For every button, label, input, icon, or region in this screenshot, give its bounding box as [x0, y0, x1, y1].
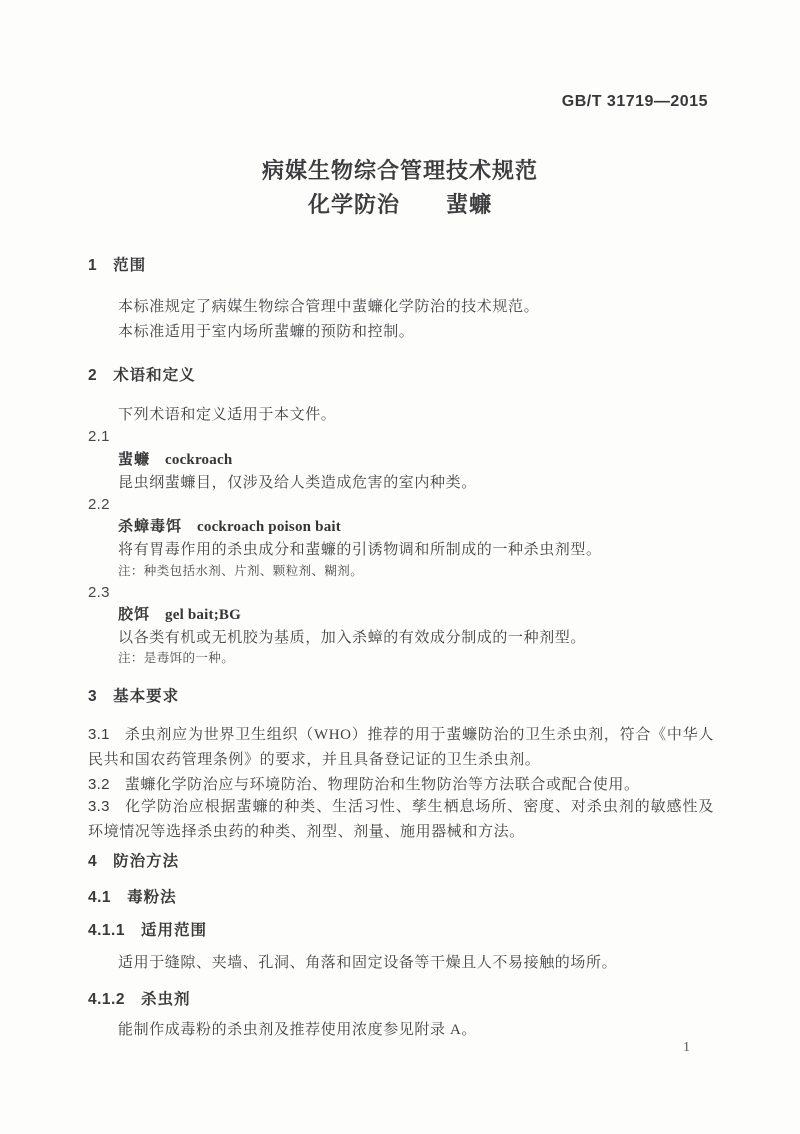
clause-3-item-2-text: 蜚蠊化学防治应与环境防治、物理防治和生物防治等方法联合或配合使用。	[125, 777, 640, 793]
term-2-1-definition: 昆虫纲蜚蠊目，仅涉及给人类造成危害的室内种类。	[118, 472, 714, 494]
clause-3-item-1: 3.1杀虫剂应为世界卫生组织（WHO）推荐的用于蜚蠊防治的卫生杀虫剂，符合《中华…	[88, 722, 714, 773]
standard-number: GB/T 31719—2015	[562, 92, 708, 112]
term-2-2-definition: 将有胃毒作用的杀虫成分和蜚蠊的引诱物调和所制成的一种杀虫剂型。	[118, 539, 714, 561]
document-subtitle: 化学防治 蜚蠊	[0, 190, 800, 220]
clause-1-paragraph-1: 本标准规定了病媒生物综合管理中蜚蠊化学防治的技术规范。	[118, 296, 714, 318]
term-2-3-name: 胶饵gel bait;BG	[118, 604, 241, 626]
clause-2-heading: 2术语和定义	[88, 365, 196, 387]
clause-2-intro: 下列术语和定义适用于本文件。	[118, 404, 714, 426]
clause-4-1-number: 4.1	[88, 889, 111, 906]
clause-1-paragraph-2: 本标准适用于室内场所蜚蠊的预防和控制。	[118, 321, 714, 343]
term-2-2-note: 注：种类包括水剂、片剂、颗粒剂、糊剂。	[118, 561, 714, 581]
clause-3-item-1-text: 杀虫剂应为世界卫生组织（WHO）推荐的用于蜚蠊防治的卫生杀虫剂，符合《中华人民共…	[88, 727, 714, 768]
clause-4-title: 防治方法	[113, 853, 179, 870]
document-title: 病媒生物综合管理技术规范	[0, 156, 800, 186]
clause-2-number: 2	[88, 367, 97, 384]
term-2-1-name-zh: 蜚蠊	[118, 451, 150, 468]
clause-4-heading: 4防治方法	[88, 851, 179, 873]
clause-3-item-3: 3.3化学防治应根据蜚蠊的种类、生活习性、孳生栖息场所、密度、对杀虫剂的敏感性及…	[88, 794, 714, 845]
clause-4-1-1-heading: 4.1.1适用范围	[88, 920, 207, 942]
clause-4-1-heading: 4.1毒粉法	[88, 887, 177, 909]
clause-1-number: 1	[88, 257, 97, 274]
term-2-3-name-zh: 胶饵	[118, 606, 150, 623]
clause-4-1-title: 毒粉法	[127, 889, 177, 906]
clause-4-1-2-number: 4.1.2	[88, 991, 125, 1008]
clause-4-1-2-heading: 4.1.2杀虫剂	[88, 989, 191, 1011]
term-2-3-definition: 以各类有机或无机胶为基质，加入杀蟑的有效成分制成的一种剂型。	[118, 627, 714, 649]
clause-4-1-2-title: 杀虫剂	[141, 991, 191, 1008]
clause-2-title: 术语和定义	[113, 367, 196, 384]
term-2-1-name-en: cockroach	[165, 452, 232, 468]
clause-3-item-1-number: 3.1	[88, 726, 110, 743]
term-2-3-number: 2.3	[88, 582, 110, 604]
term-2-1-name: 蜚蠊cockroach	[118, 449, 232, 471]
clause-4-1-2-paragraph: 能制作成毒粉的杀虫剂及推荐使用浓度参见附录 A。	[118, 1019, 714, 1041]
clause-3-title: 基本要求	[113, 688, 179, 705]
clause-4-number: 4	[88, 853, 97, 870]
clause-4-1-1-paragraph: 适用于缝隙、夹墙、孔洞、角落和固定设备等干燥且人不易接触的场所。	[118, 952, 714, 974]
term-2-1-number: 2.1	[88, 426, 110, 448]
clause-4-1-1-title: 适用范围	[141, 922, 207, 939]
clause-1-title: 范围	[113, 257, 146, 274]
clause-3-item-3-text: 化学防治应根据蜚蠊的种类、生活习性、孳生栖息场所、密度、对杀虫剂的敏感性及环境情…	[88, 799, 714, 840]
clause-3-heading: 3基本要求	[88, 686, 179, 708]
term-2-3-name-en: gel bait;BG	[165, 607, 241, 623]
term-2-2-name-zh: 杀蟑毒饵	[118, 518, 182, 535]
term-2-2-number: 2.2	[88, 494, 110, 516]
term-2-3-note: 注：是毒饵的一种。	[118, 648, 714, 668]
clause-3-number: 3	[88, 688, 97, 705]
term-2-2-name-en: cockroach poison bait	[197, 519, 341, 535]
standard-document-page: GB/T 31719—2015 病媒生物综合管理技术规范 化学防治 蜚蠊 1范围…	[0, 0, 800, 1134]
clause-3-item-3-number: 3.3	[88, 798, 110, 815]
term-2-2-name: 杀蟑毒饵cockroach poison bait	[118, 516, 341, 538]
clause-4-1-1-number: 4.1.1	[88, 922, 125, 939]
page-number: 1	[683, 1038, 690, 1058]
clause-3-item-2-number: 3.2	[88, 776, 110, 793]
clause-1-heading: 1范围	[88, 255, 146, 277]
